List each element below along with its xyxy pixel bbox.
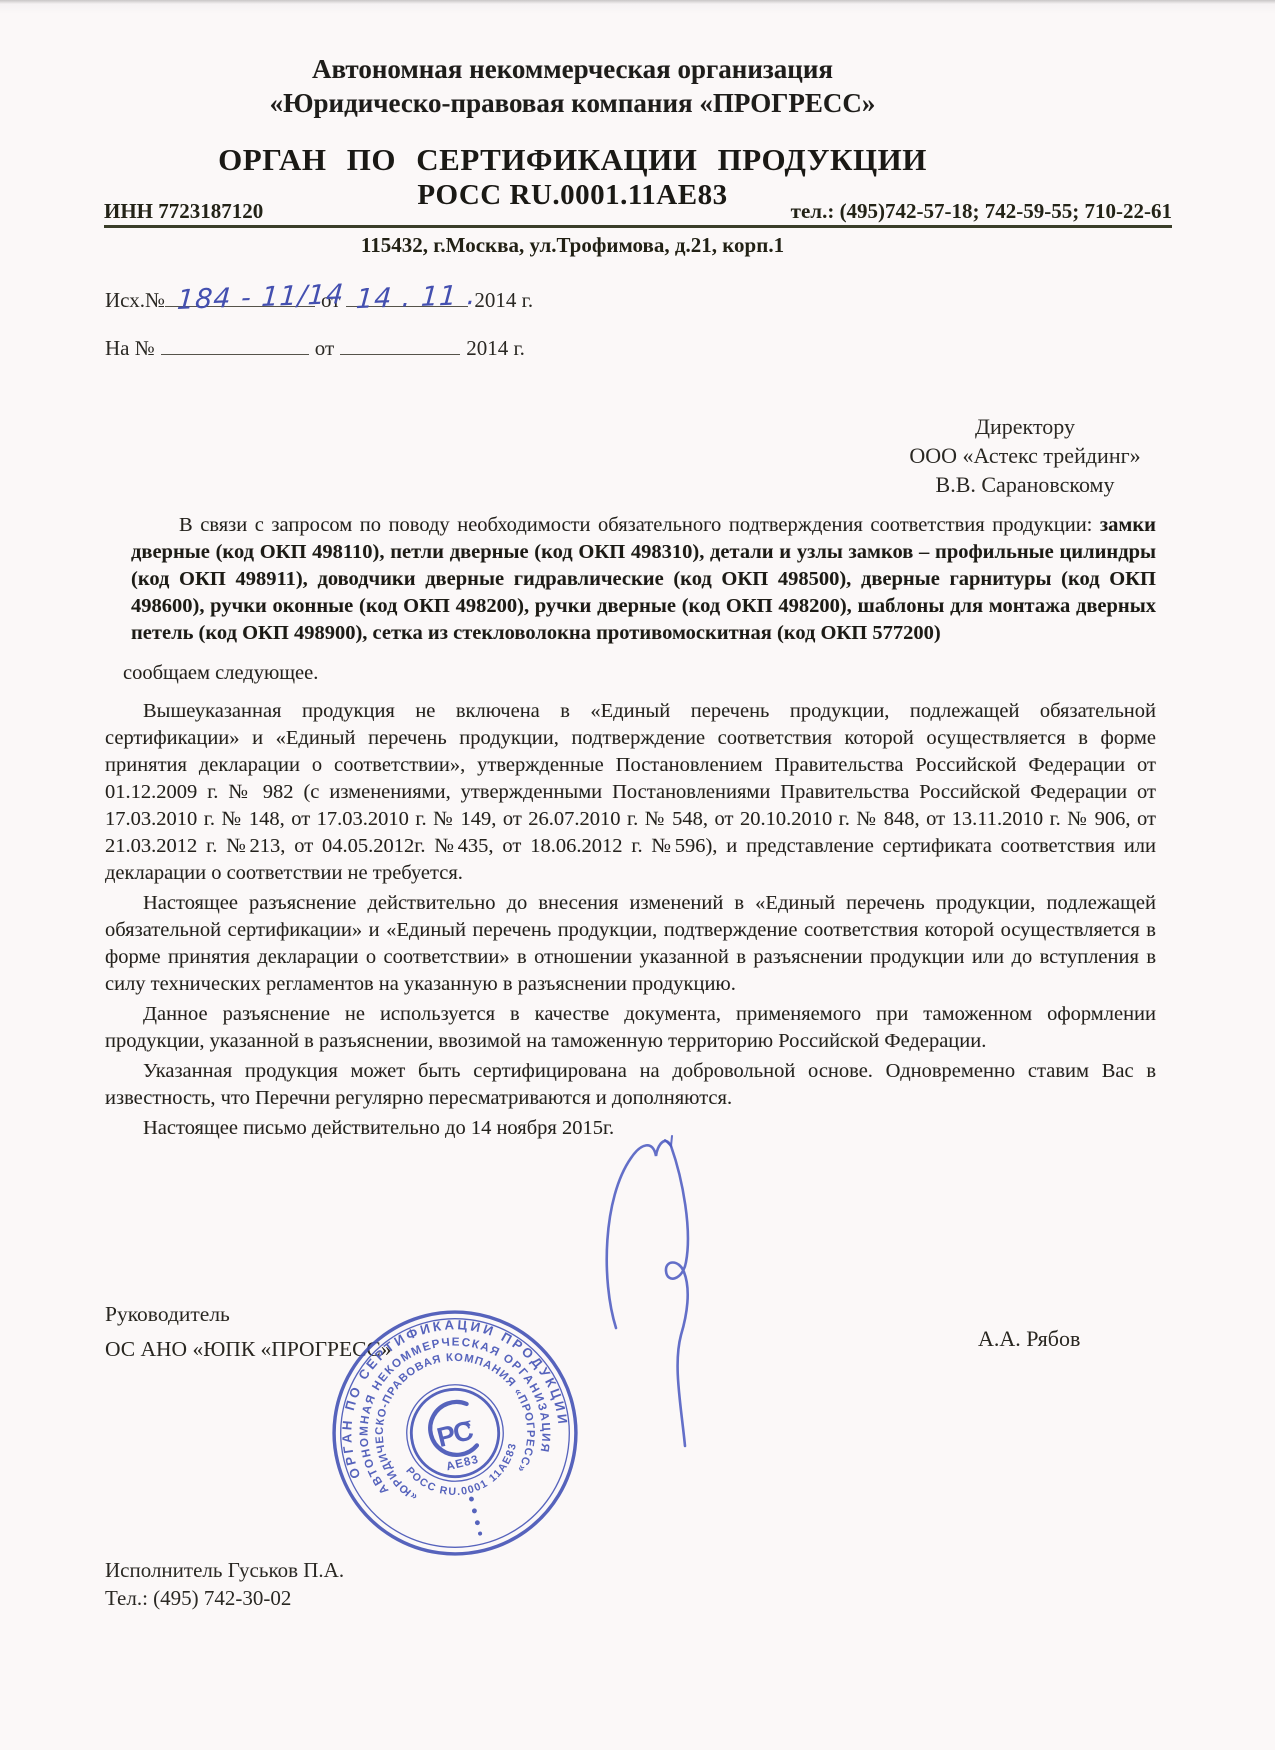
addressee-block: Директору ООО «Астекс трейдинг» В.В. Сар… bbox=[855, 412, 1195, 499]
addressee-company: ООО «Астекс трейдинг» bbox=[855, 441, 1195, 470]
addressee-person: В.В. Сарановскому bbox=[855, 470, 1195, 499]
outgoing-number-blank: 184 - 11/14 bbox=[165, 306, 315, 307]
outgoing-date-blank: 14 . 11 . bbox=[346, 306, 468, 307]
paragraph-voluntary: Указанная продукция может быть сертифици… bbox=[105, 1058, 1156, 1112]
org-name-line1: Автономная некоммерческая организация bbox=[100, 52, 1045, 86]
paragraph-note: сообщаем следующее. bbox=[105, 660, 1156, 687]
rst-logo: РС т bbox=[425, 1399, 479, 1460]
signer-role-line1: Руководитель bbox=[105, 1297, 392, 1332]
inn-phone-row: ИНН 7723187120 тел.: (495)742-57-18; 742… bbox=[104, 200, 1172, 228]
paragraph-customs: Данное разъяснение не используется в кач… bbox=[105, 1001, 1156, 1055]
incoming-date-blank bbox=[340, 354, 460, 355]
phone-numbers: тел.: (495)742-57-18; 742-59-55; 710-22-… bbox=[791, 199, 1172, 224]
handwritten-outgoing-date: 14 . 11 . bbox=[355, 280, 478, 315]
letterhead: Автономная некоммерческая организация «Ю… bbox=[100, 52, 1045, 212]
year-label-2: 2014 г. bbox=[466, 336, 525, 360]
outgoing-ref-row: Исх.№184 - 11/14от14 . 11 .2014 г. bbox=[105, 288, 533, 313]
scan-edge-artifact bbox=[0, 0, 1275, 4]
paragraph-products: В связи с запросом по поводу необходимос… bbox=[105, 512, 1156, 647]
stamp-bottom-dots bbox=[469, 1496, 483, 1536]
incoming-ref-row: На №от2014 г. bbox=[105, 336, 525, 361]
inn-number: ИНН 7723187120 bbox=[104, 199, 263, 224]
letter-body: В связи с запросом по поводу необходимос… bbox=[105, 512, 1156, 1142]
incoming-number-label: На № bbox=[105, 336, 155, 361]
certification-body-title: ОРГАН ПО СЕРТИФИКАЦИИ ПРОДУКЦИИ bbox=[100, 142, 1045, 178]
org-name-line2: «Юридическо-правовая компания «ПРОГРЕСС» bbox=[100, 86, 1045, 120]
incoming-number-blank bbox=[161, 354, 309, 355]
handwritten-outgoing-number: 184 - 11/14 bbox=[176, 279, 345, 316]
addressee-role: Директору bbox=[855, 412, 1195, 441]
executor-phone: Тел.: (495) 742-30-02 bbox=[105, 1584, 344, 1612]
signer-name: А.А. Рябов bbox=[978, 1326, 1080, 1352]
scanned-letter-page: Автономная некоммерческая организация «Ю… bbox=[0, 0, 1275, 1750]
executor-block: Исполнитель Гуськов П.А. Тел.: (495) 742… bbox=[105, 1556, 344, 1612]
year-label: 2014 г. bbox=[474, 288, 533, 312]
postal-address: 115432, г.Москва, ул.Трофимова, д.21, ко… bbox=[100, 233, 1045, 258]
paragraph-validity-clarification: Настоящее разъяснение действительно до в… bbox=[105, 890, 1156, 998]
from-label-2: от bbox=[315, 336, 334, 360]
outgoing-number-label: Исх.№ bbox=[105, 288, 165, 313]
paragraph-products-intro: В связи с запросом по поводу необходимос… bbox=[179, 514, 1100, 536]
paragraph-not-included: Вышеуказанная продукция не включена в «Е… bbox=[105, 698, 1156, 887]
executor-name: Исполнитель Гуськов П.А. bbox=[105, 1556, 344, 1584]
handwritten-signature bbox=[553, 1110, 753, 1460]
